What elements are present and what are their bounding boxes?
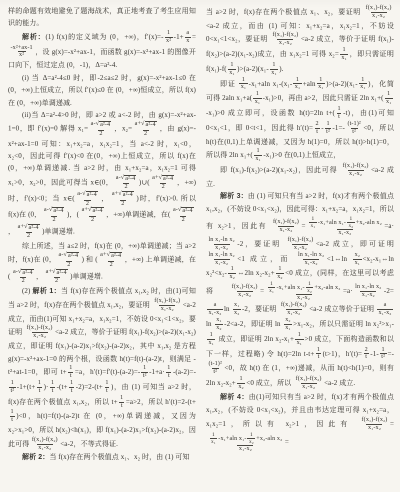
fraction: a+√a²-42 — [110, 191, 135, 207]
fraction: ax₁-x₂ — [377, 302, 393, 317]
left-column: 样的命题有效地避免了题海战术，真正地考查了考生应用知识的能力。解析：(1) f(… — [8, 5, 196, 492]
fraction: 1x₁ — [317, 77, 325, 92]
radical: √a²-4 — [18, 269, 34, 277]
fraction: 1t² — [380, 347, 387, 362]
fraction: f(x₁)-f(x₂)x₁-x₂ — [230, 284, 259, 299]
fraction: f(x₁)-f(x₂)x₁-x₂ — [272, 219, 301, 234]
fraction: 1x₁-x₁+aln x₁-1x₂+x₂-aln x₂x₁-x₂ — [207, 432, 284, 453]
fraction: 1x₂ — [247, 432, 255, 445]
fraction: 1x₁ — [295, 332, 303, 347]
paragraph: (i) 当 Δ=a²-4≤0 时，即-2≤a≤2 时，g(x)=-x²+ax-1… — [8, 72, 196, 109]
fraction: 1x₁ — [210, 432, 218, 445]
paragraph: (2) 解析 1：当 f(x)存在两个极值点 x₁,x₂ 时，由(1)可知当 a… — [8, 285, 196, 452]
fraction: (t-1)²t² — [207, 361, 223, 376]
fraction: a+√a²-42 — [151, 175, 176, 191]
fraction: 1x₂ — [306, 281, 314, 294]
fraction: 1x₁ — [268, 281, 276, 294]
fraction: 1x₂ — [228, 266, 236, 281]
bold-label: 解析 4： — [220, 394, 249, 401]
fraction: 1x₁ — [359, 77, 367, 92]
bold-label: 解析： — [22, 34, 45, 41]
radical: √a²-4 — [178, 207, 194, 215]
paragraph: 解析 4：由(1)可知只有当 a>2 时，f(x)才有两个极值点 x₁,x₂，(… — [206, 391, 394, 453]
paragraph: 解析 3：由 (1) 可知只有当 a>2 时，f(x)才有两个极值点 x₁,x₂… — [206, 190, 394, 391]
radical: √a²-4 — [52, 269, 68, 277]
fraction: 1x₁ — [254, 148, 262, 163]
radical: √a²-4 — [82, 191, 98, 199]
paragraph: 解析 2：当 f(x)存在两个极值点 x₁、x₂ 时，由 (1) 可知 — [8, 451, 196, 464]
fraction: x₂x₁ — [353, 252, 361, 267]
fraction: 1t — [36, 380, 42, 395]
fraction: ax₁-x₂ — [207, 302, 223, 317]
fraction: 1t — [49, 380, 55, 395]
document-page: 样的命题有效地避免了题海战术，真正地考查了考生应用知识的能力。解析：(1) f(… — [0, 0, 400, 492]
fraction: a-√a²-42 — [57, 252, 81, 268]
fraction: 1x₁ — [228, 62, 236, 77]
fraction: 1x₁-x₁+aln x₁-1x₂+x₂-aln x₂x₁-x₂ — [307, 216, 384, 237]
paragraph: (ii)当 Δ=a²-4>0 时，即 a>2 或 a<-2 时，由 g(x)=-… — [8, 109, 196, 240]
paragraph: 样的命题有效地避免了题海战术，真正地考查了考生应用知识的能力。 — [8, 5, 196, 30]
fraction: 1t — [69, 380, 75, 395]
right-column: 当 a>2 时，f(x)存在两个极值点 x₁、x₂，要证明 f(x₁)-f(x₂… — [206, 5, 394, 492]
fraction: a-√a²-42 — [76, 191, 100, 207]
fraction: f(x₁)-f(x₂)x₁-x₂ — [360, 417, 389, 432]
fraction: a-√a²-42 — [11, 269, 35, 285]
fraction: 1t — [68, 365, 74, 380]
fraction: 1t² — [9, 380, 16, 395]
fraction: ln x₁-ln x₂x₁-x₂ — [354, 284, 383, 299]
paragraph: 即证 1x₁-x₁+aln x₁-(x₁-1x₁+aln1x₁)>(a-2)(x… — [206, 77, 394, 163]
radical: √a²-4 — [118, 191, 134, 199]
paragraph: 解析：(1) f(x)的定义域为 (0，+∞)，f′(x)=-1x²-1+ax=… — [8, 30, 196, 72]
fraction: a+√a²-42 — [133, 121, 158, 137]
fraction: 1x² — [165, 30, 173, 45]
fraction: 1t — [9, 409, 15, 424]
bold-label: 解析 2： — [22, 454, 49, 461]
fraction: ln x₁-ln x₂x₁-x₂ — [207, 237, 236, 252]
fraction: 1x₁ — [309, 216, 317, 229]
radical: √a²-4 — [141, 121, 157, 129]
bold-label: 解析 1： — [33, 288, 61, 295]
fraction: a-√a²-42 — [114, 175, 138, 191]
fraction: f(x₁)-f(x₂)x₁-x₂ — [279, 302, 308, 317]
fraction: 2t — [363, 347, 369, 362]
fraction: x₂x₁ — [284, 317, 292, 332]
bold-label: 解析 3： — [220, 193, 248, 200]
fraction: a+√a²-42 — [99, 252, 124, 268]
fraction: f(x₁)-f(x₂)x₁-x₂ — [25, 325, 54, 340]
radical: √a²-4 — [49, 207, 65, 215]
fraction: f(x₁)-f(x₂)x₁-x₂ — [30, 437, 59, 452]
fraction: 1x₁ — [270, 62, 278, 77]
fraction: 1x₁ — [385, 91, 393, 106]
radical: √a²-4 — [121, 175, 137, 183]
paragraph: 综上所述，当 a≤2 时，f(x)在 (0，+∞)单调递减；当 a>2 时，f(… — [8, 240, 196, 285]
fraction: 1t — [166, 365, 172, 380]
fraction: 1x₂ — [347, 216, 355, 229]
paragraph: 当 a>2 时，f(x)存在两个极值点 x₁、x₂，要证明 f(x₁)-f(x₂… — [206, 5, 394, 77]
fraction: a+√a²-42 — [16, 224, 41, 240]
fraction: 1x₁ — [253, 91, 261, 106]
radical: √a²-4 — [24, 224, 40, 232]
fraction: a-√a²-42 — [171, 207, 195, 223]
fraction: ln x₁-ln x₂x₁-x₂ — [296, 252, 325, 267]
fraction: 1x₁ — [239, 77, 247, 92]
fraction: 1x₁ — [293, 77, 301, 92]
radical: √a²-4 — [107, 252, 123, 260]
fraction: 1x₂ — [276, 266, 284, 281]
fraction: -x²+ax-1x² — [9, 45, 34, 60]
radical: √a²-4 — [159, 175, 175, 183]
fraction: a-√a²-42 — [42, 207, 66, 223]
fraction: (t-1)²t² — [346, 121, 362, 136]
fraction: 1t — [315, 347, 321, 362]
fraction: 1t — [119, 395, 125, 410]
fraction: x₁x₂ — [233, 302, 241, 317]
fraction: 1t² — [141, 365, 148, 380]
fraction: 1t — [336, 106, 342, 121]
fraction: f(x₁)-f(x₂)x₁-x₂ — [341, 163, 370, 178]
fraction: f(x₁)-f(x₂)x₁-x₂ — [271, 32, 300, 47]
radical: √a²-4 — [64, 252, 80, 260]
fraction: 1x₁ — [207, 332, 215, 347]
fraction: 1x₁-x₁+aln x₁-1x₂+x₂-aln x₂x₁-x₂ — [265, 281, 342, 302]
fraction: 2t — [314, 121, 320, 136]
fraction: 1x₂ — [237, 376, 245, 391]
fraction: a+√a²-42 — [44, 269, 69, 285]
fraction: f(x₁)-f(x₂)x₁-x₂ — [364, 5, 393, 20]
paragraph: 即 f(x₁)-f(x₂)>(a-2)(x₁-x₂)，因此可得 f(x₁)-f(… — [206, 163, 394, 190]
fraction: f(x₁)-f(x₂)x₁-x₂ — [153, 298, 182, 313]
radical: √a²-4 — [88, 207, 104, 215]
fraction: ax — [185, 30, 191, 45]
fraction: x₁x₂ — [215, 317, 223, 332]
fraction: ln x₁-ln x₂x₁-x₂ — [207, 252, 236, 267]
fraction: a-√a²-42 — [89, 121, 113, 137]
fraction: f(x₁)-f(x₂)x₁-x₂ — [286, 237, 315, 252]
fraction: f(x₁)-f(x₂)x₁-x₂ — [294, 376, 323, 391]
fraction: 1t — [104, 380, 110, 395]
fraction: a+√a²-42 — [80, 207, 105, 223]
fraction: 1t² — [325, 121, 332, 136]
fraction: 1x₁ — [340, 47, 348, 62]
radical: √a²-4 — [96, 121, 112, 129]
